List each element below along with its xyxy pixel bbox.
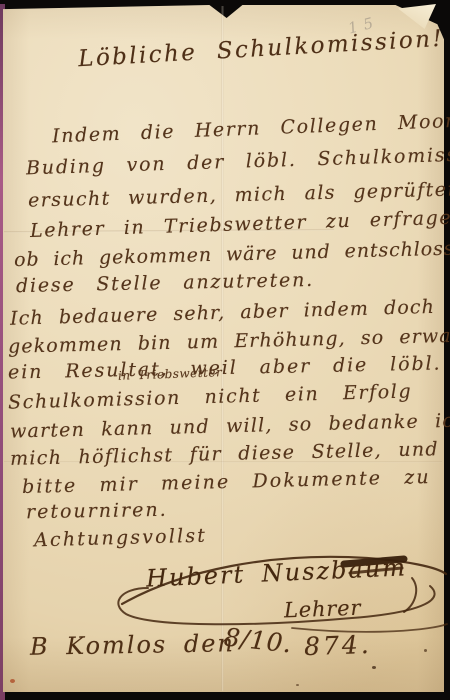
ink-speck	[424, 649, 427, 652]
dateline-place: B Komlos den	[30, 629, 235, 661]
scanned-letter-page: 15 Löbliche Schulkomission! Indem die He…	[0, 0, 450, 700]
handwriting-line: retourniren.	[26, 499, 168, 523]
ink-speck	[296, 684, 299, 686]
foxing-spot	[10, 679, 15, 683]
dateline-year: 874.	[304, 630, 373, 661]
signature-role: Lehrer	[284, 596, 362, 623]
ink-speck	[372, 666, 376, 669]
